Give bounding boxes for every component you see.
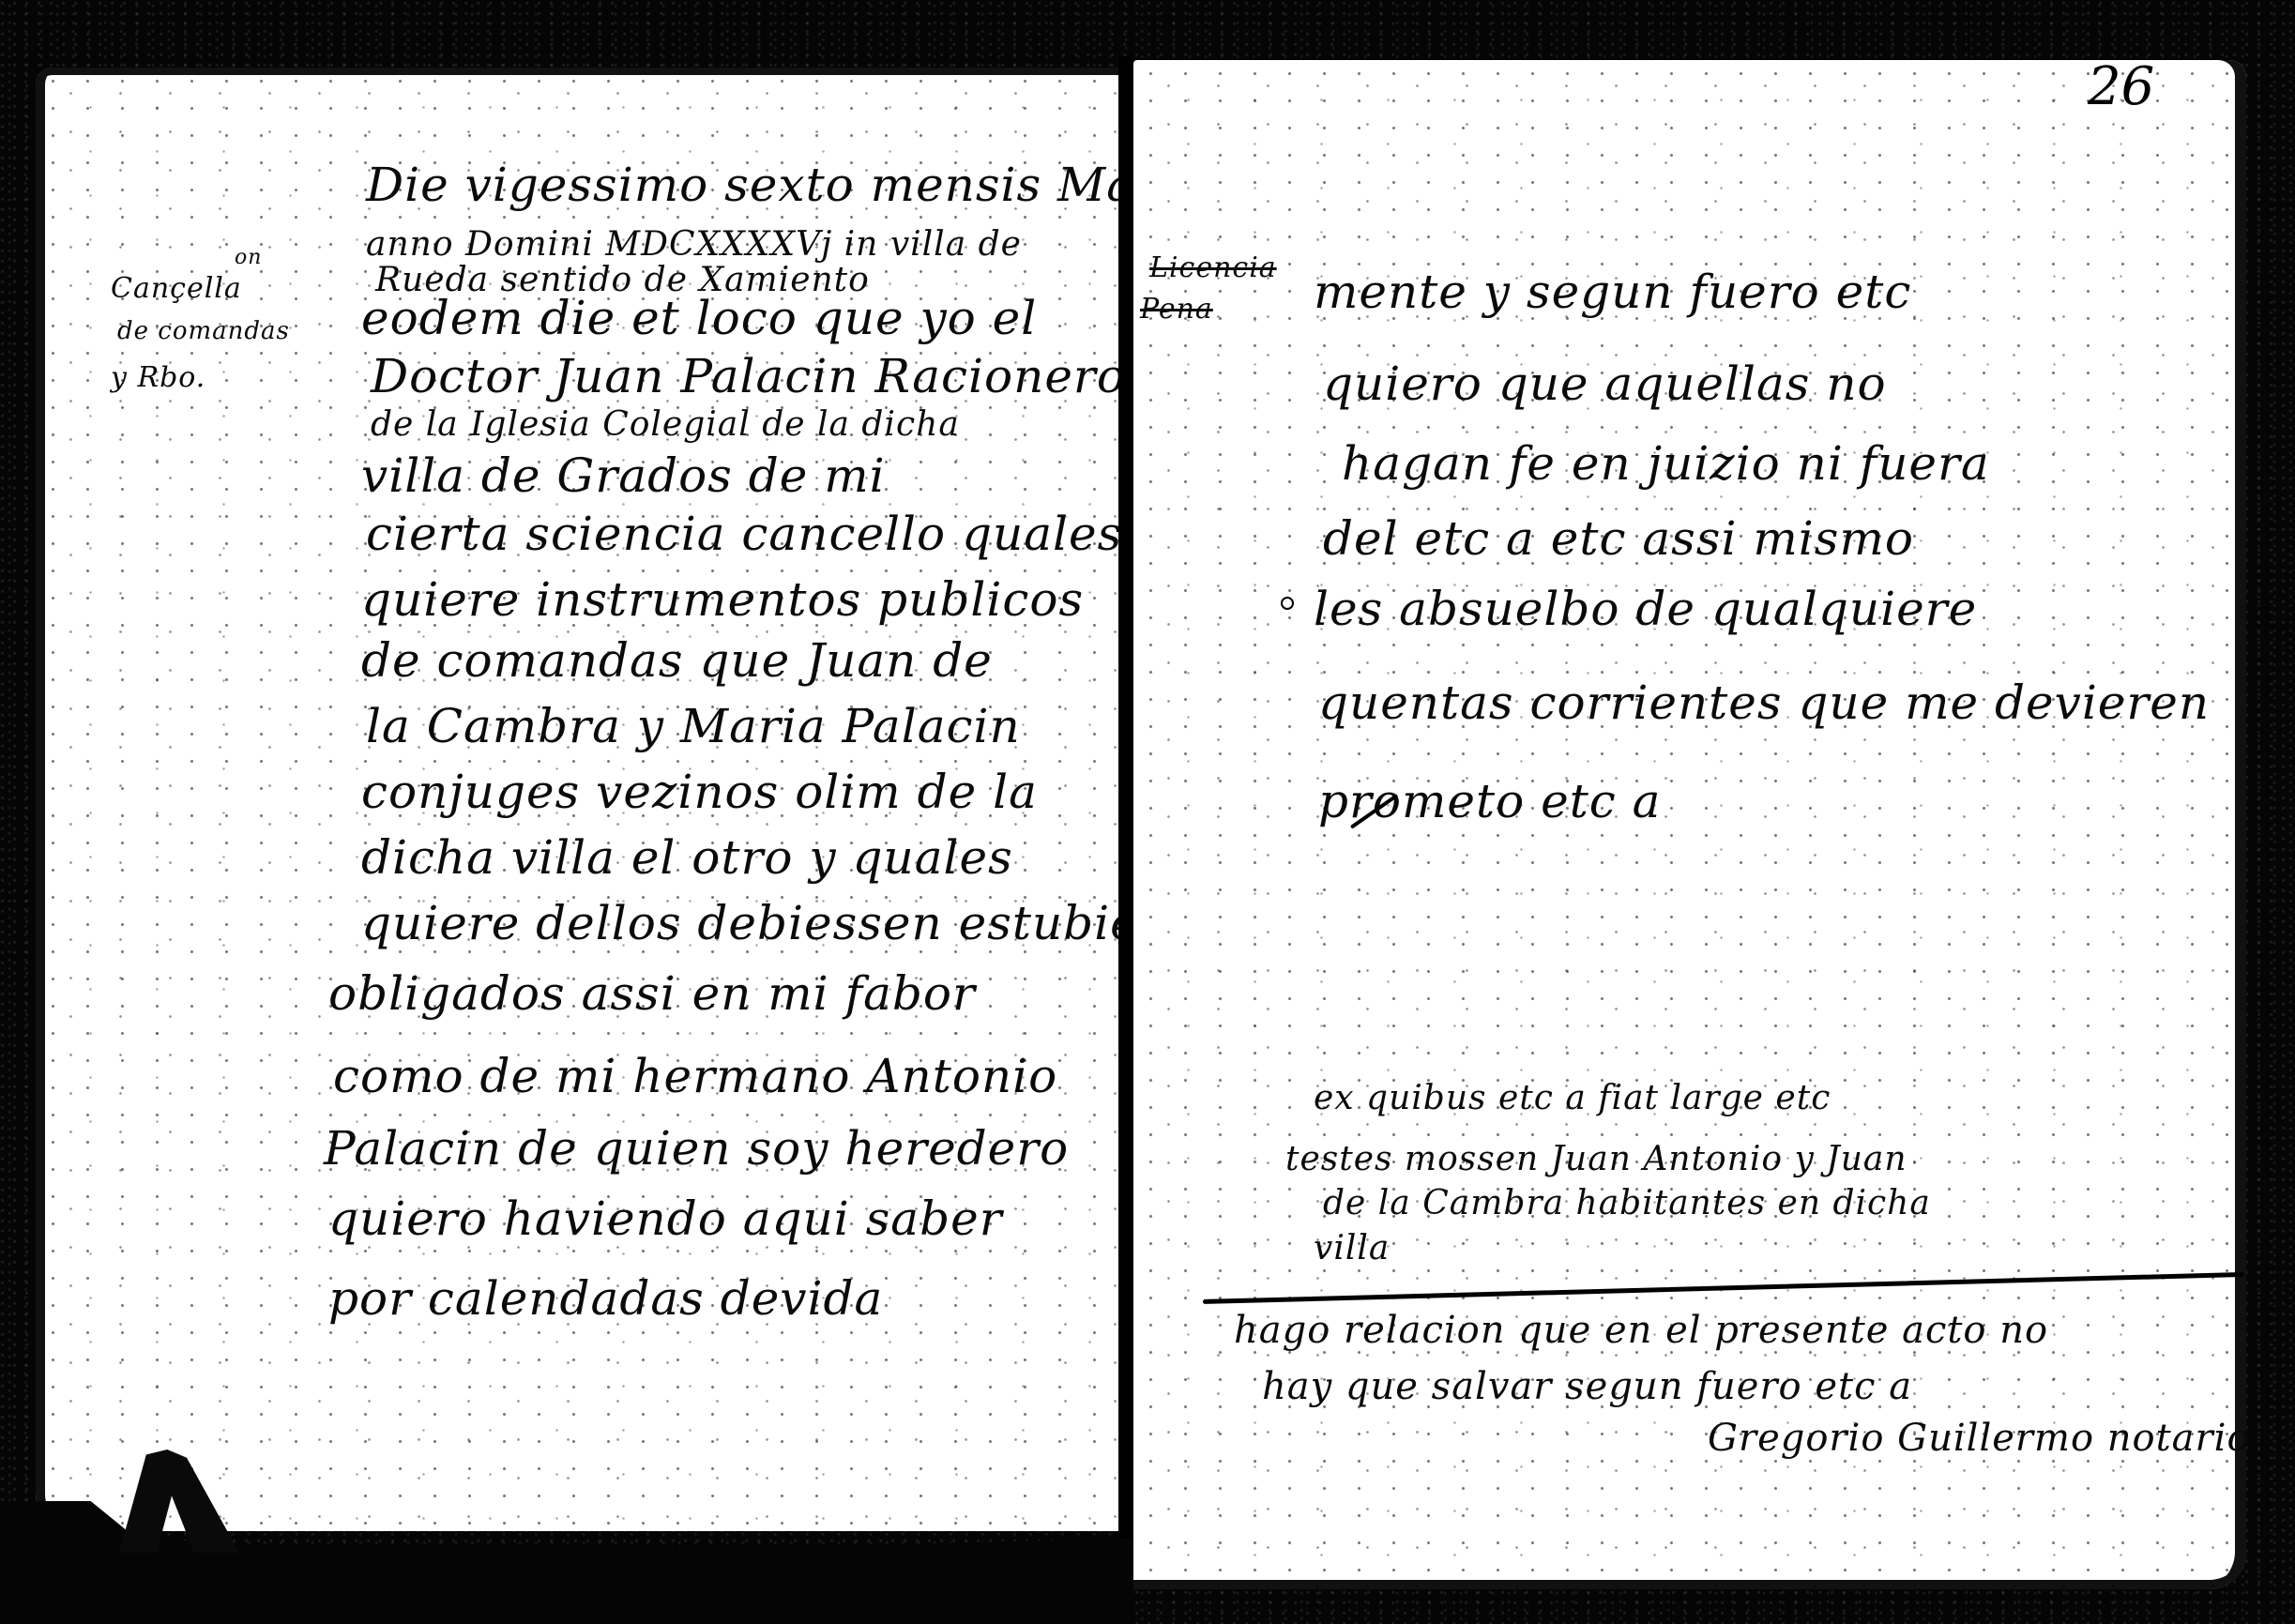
- left-line-12: conjuges vezinos olim de la: [361, 765, 1038, 819]
- closing-line-2: hay que salvar segun fuero etc a: [1262, 1365, 1912, 1408]
- book-spine: [1118, 56, 1132, 1614]
- right-line-4: del etc a etc assi mismo: [1323, 511, 1914, 566]
- witness-line-1: ex quibus etc a fiat large etc: [1314, 1079, 1831, 1117]
- margin-note-superscript: on: [235, 246, 262, 269]
- right-line-6: quentas corrientes que me devieren: [1318, 675, 2210, 730]
- left-line-2: anno Domini MDCXXXXVj in villa de: [366, 225, 1022, 264]
- left-line-1: Die vigessimo sexto mensis Maij: [366, 158, 1167, 212]
- witness-line-4: villa: [1314, 1229, 1390, 1267]
- left-line-18: quiero haviendo aqui saber: [328, 1191, 1003, 1246]
- margin-note-licencia: Licencia: [1149, 251, 1277, 284]
- margin-note-cancella: Cançella: [111, 272, 242, 305]
- left-line-19: por calendadas devida: [328, 1271, 883, 1326]
- left-line-6: de la Iglesia Colegial de la dicha: [371, 405, 960, 444]
- right-line-1: mente y segun fuero etc: [1314, 265, 1911, 319]
- right-line-5: les absuelbo de qualquiere: [1314, 582, 1977, 636]
- page-number: 26: [2088, 56, 2154, 117]
- left-line-13: dicha villa el otro y quales: [361, 830, 1013, 885]
- right-line-2: quiero que aquellas no: [1323, 357, 1887, 411]
- closing-line-1: hago relacion que en el presente acto no: [1234, 1309, 2048, 1352]
- witness-line-3: de la Cambra habitantes en dicha: [1323, 1184, 1931, 1222]
- right-line-3: hagan fe en juizio ni fuera: [1342, 436, 1990, 491]
- margin-note-pena: Pena: [1140, 293, 1213, 326]
- margin-dot: [1281, 597, 1294, 610]
- left-line-14: quiere dellos debiessen estubiessen: [361, 896, 1249, 950]
- margin-note-rbo: y Rbo.: [111, 361, 205, 394]
- left-line-16: como de mi hermano Antonio: [333, 1049, 1057, 1103]
- left-line-9: quiere instrumentos publicos: [361, 572, 1084, 627]
- left-line-17: Palacin de quien soy heredero: [324, 1121, 1069, 1176]
- left-line-8: cierta sciencia cancello quales: [366, 507, 1122, 561]
- notary-signature: Gregorio Guillermo notario: [1708, 1417, 2251, 1460]
- left-line-5: Doctor Juan Palacin Racionero: [371, 349, 1126, 403]
- left-line-7: villa de Grados de mi: [361, 448, 886, 503]
- left-line-4: eodem die et loco que yo el: [361, 291, 1037, 345]
- margin-note-comandas: de comandas: [117, 317, 290, 345]
- left-line-10: de comandas que Juan de: [361, 633, 993, 688]
- left-line-15: obligados assi en mi fabor: [328, 966, 976, 1021]
- witness-line-2: testes mossen Juan Antonio y Juan: [1285, 1140, 1907, 1178]
- right-line-7: prometo etc a: [1318, 774, 1662, 828]
- left-line-11: la Cambra y Maria Palacin: [366, 699, 1021, 753]
